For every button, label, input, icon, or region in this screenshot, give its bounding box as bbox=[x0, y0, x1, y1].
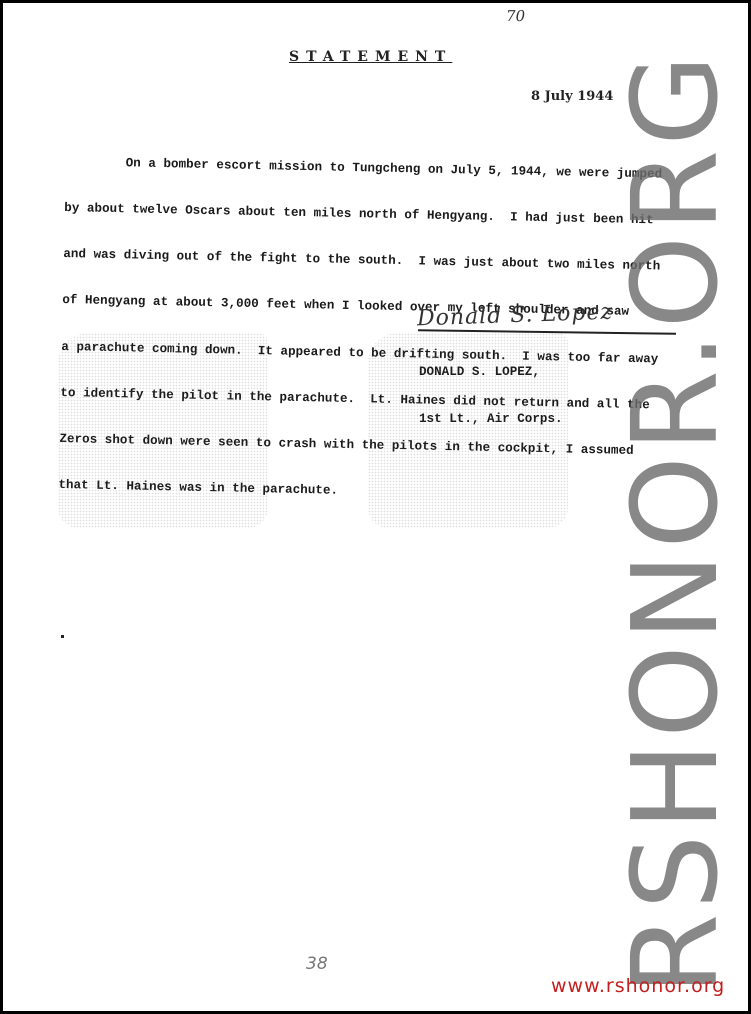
bleed-through-image-right bbox=[368, 333, 568, 528]
vertical-watermark: RSHONOR.ORG bbox=[606, 50, 744, 995]
document-page: 70 STATEMENT 8 July 1944 On a bomber esc… bbox=[3, 3, 748, 1011]
bleed-through-image-left bbox=[58, 333, 268, 528]
document-date: 8 July 1944 bbox=[531, 89, 613, 104]
document-title: STATEMENT bbox=[289, 49, 452, 65]
watermark-url: www.rshonor.org bbox=[551, 975, 725, 997]
archive-mark: 70 bbox=[504, 7, 526, 25]
stray-mark bbox=[61, 635, 64, 638]
page-number: 38 bbox=[306, 954, 328, 974]
